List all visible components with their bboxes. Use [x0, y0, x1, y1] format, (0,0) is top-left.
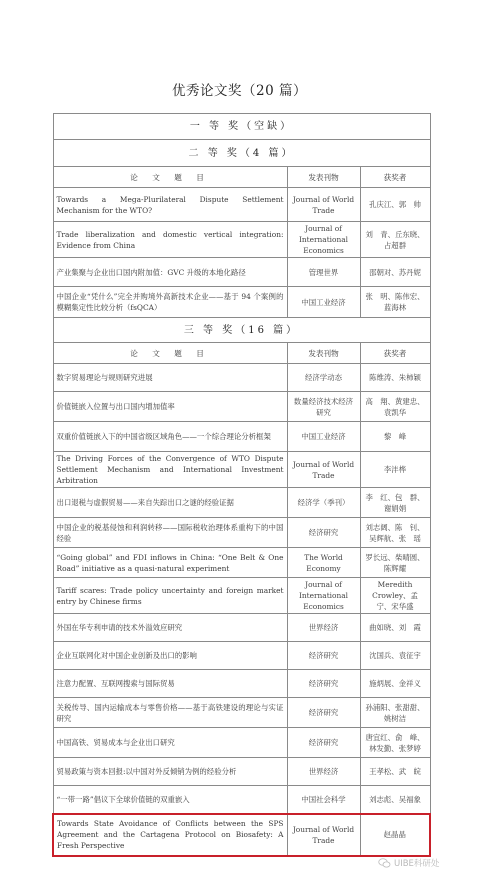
- winner: 李 红、包 群、谢娟娟: [360, 488, 430, 518]
- awards-table: 一 等 奖（空缺） 二 等 奖（4 篇） 论 文 题 目 发表刊物 获奖者 To…: [52, 113, 431, 857]
- journal: Journal of International Economics: [287, 222, 360, 258]
- paper-title: 中国高铁、贸易成本与企业出口研究: [53, 728, 287, 758]
- journal: 数量经济技术经济研究: [287, 392, 360, 422]
- winner: 高 翔、黄建忠、袁凯华: [360, 392, 430, 422]
- wechat-icon: [378, 858, 391, 868]
- journal: 管理世界: [287, 258, 360, 287]
- winner: 施炳展、金祥义: [360, 670, 430, 698]
- journal: 中国工业经济: [287, 422, 360, 452]
- winner: 罗长远、柴晴圆、陈辉耀: [360, 548, 430, 578]
- column-header-journal: 发表刊物: [287, 167, 360, 188]
- paper-title: 中国企业的税基侵蚀和利润转移——国际税收治理体系重构下的中国经验: [53, 518, 287, 548]
- winner: 刘志阔、陈 钊、吴辉航、张 瑶: [360, 518, 430, 548]
- page-title: 优秀论文奖（20 篇）: [0, 79, 479, 99]
- column-header-journal: 发表刊物: [287, 343, 360, 364]
- watermark: UIBE科研处: [378, 857, 439, 869]
- second-prize-row: 二 等 奖（4 篇）: [53, 140, 430, 167]
- paper-title: 外国在华专利申请的技术外溢效应研究: [53, 614, 287, 642]
- winner: 黎 峰: [360, 422, 430, 452]
- paper-title: “一带一路”倡议下全球价值链的双重嵌入: [53, 786, 287, 814]
- second-prize-header: 论 文 题 目 发表刊物 获奖者: [53, 167, 430, 188]
- journal: 世界经济: [287, 614, 360, 642]
- table-row: 中国高铁、贸易成本与企业出口研究经济研究唐宜红、俞 峰、林发勤、张梦婷: [53, 728, 430, 758]
- table-row: 外国在华专利申请的技术外溢效应研究世界经济曲如晓、刘 霞: [53, 614, 430, 642]
- paper-title: “Going global” and FDI inflows in China:…: [53, 548, 287, 578]
- third-prize-header: 论 文 题 目 发表刊物 获奖者: [53, 343, 430, 364]
- table-row: 企业互联网化对中国企业创新及出口的影响经济研究沈国兵、袁征宇: [53, 642, 430, 670]
- column-header-winner: 获奖者: [360, 167, 430, 188]
- winner: 刘 青、丘东晓、占超群: [360, 222, 430, 258]
- paper-title: 企业互联网化对中国企业创新及出口的影响: [53, 642, 287, 670]
- paper-title: 价值链嵌入位置与出口国内增加值率: [53, 392, 287, 422]
- paper-title: Towards a Mega-Plurilateral Dispute Sett…: [53, 188, 287, 222]
- table-row: The Driving Forces of the Convergence of…: [53, 452, 430, 488]
- table-row: “一带一路”倡议下全球价值链的双重嵌入中国社会科学刘志彪、吴福象: [53, 786, 430, 814]
- paper-title: 数字贸易理论与规则研究进展: [53, 364, 287, 392]
- table-row: 数字贸易理论与规则研究进展经济学动态陈维涛、朱柿颖: [53, 364, 430, 392]
- winner: 赵晶晶: [360, 814, 430, 856]
- paper-title: 双重价值链嵌入下的中国省级区域角色——一个综合理论分析框架: [53, 422, 287, 452]
- table-row: 双重价值链嵌入下的中国省级区域角色——一个综合理论分析框架中国工业经济黎 峰: [53, 422, 430, 452]
- winner: 曲如晓、刘 霞: [360, 614, 430, 642]
- journal: 世界经济: [287, 758, 360, 786]
- paper-title: 出口退税与虚假贸易——来自失踪出口之谜的经验证据: [53, 488, 287, 518]
- second-prize-label: 二 等 奖（4 篇）: [53, 140, 430, 167]
- winner: 李沣桦: [360, 452, 430, 488]
- table-row: 产业集聚与企业出口国内附加值：GVC 升级的本地化路径 管理世界 邵朝对、苏丹妮: [53, 258, 430, 287]
- journal: 经济学动态: [287, 364, 360, 392]
- winner: 刘志彪、吴福象: [360, 786, 430, 814]
- journal: Journal of World Trade: [287, 452, 360, 488]
- table-row: 关税传导、国内运输成本与零售价格——基于高铁建设的理论与实证研究经济研究孙浦阳、…: [53, 698, 430, 728]
- winner: 孔庆江、郭 帅: [360, 188, 430, 222]
- column-header-winner: 获奖者: [360, 343, 430, 364]
- third-prize-row: 三 等 奖（16 篇）: [53, 318, 430, 343]
- winner: 张 明、陈伟宏、蓝海林: [360, 287, 430, 318]
- journal: Journal of International Economics: [287, 578, 360, 614]
- winner: 陈维涛、朱柿颖: [360, 364, 430, 392]
- winner: 王孝松、武 皖: [360, 758, 430, 786]
- journal: 中国工业经济: [287, 287, 360, 318]
- watermark-text: UIBE科研处: [394, 857, 439, 869]
- journal: 经济研究: [287, 670, 360, 698]
- column-header-title: 论 文 题 目: [53, 343, 287, 364]
- journal: Journal of World Trade: [287, 188, 360, 222]
- table-row: 出口退税与虚假贸易——来自失踪出口之谜的经验证据经济学（季刊）李 红、包 群、谢…: [53, 488, 430, 518]
- paper-title: Tariff scares: Trade policy uncertainty …: [53, 578, 287, 614]
- third-prize-label: 三 等 奖（16 篇）: [53, 318, 430, 343]
- column-header-title: 论 文 题 目: [53, 167, 287, 188]
- winner: 孙浦阳、张甜甜、姚树洁: [360, 698, 430, 728]
- first-prize-label: 一 等 奖（空缺）: [53, 114, 430, 140]
- winner: Meredith Crowley、孟 宁、宋华盛: [360, 578, 430, 614]
- paper-title: 贸易政策与资本回报:以中国对外反倾销为例的经验分析: [53, 758, 287, 786]
- paper-title: The Driving Forces of the Convergence of…: [53, 452, 287, 488]
- table-row: 注意力配置、互联网搜索与国际贸易经济研究施炳展、金祥义: [53, 670, 430, 698]
- journal: 中国社会科学: [287, 786, 360, 814]
- table-row: Trade liberalization and domestic vertic…: [53, 222, 430, 258]
- winner: 沈国兵、袁征宇: [360, 642, 430, 670]
- paper-title: 注意力配置、互联网搜索与国际贸易: [53, 670, 287, 698]
- winner: 唐宜红、俞 峰、林发勤、张梦婷: [360, 728, 430, 758]
- paper-title: 中国企业“凭什么”完全并购境外高新技术企业——基于 94 个案例的模糊集定性比较…: [53, 287, 287, 318]
- table-row: Tariff scares: Trade policy uncertainty …: [53, 578, 430, 614]
- first-prize-row: 一 等 奖（空缺）: [53, 114, 430, 140]
- journal: 经济研究: [287, 642, 360, 670]
- paper-title: Trade liberalization and domestic vertic…: [53, 222, 287, 258]
- journal: 经济研究: [287, 698, 360, 728]
- table-row: 中国企业的税基侵蚀和利润转移——国际税收治理体系重构下的中国经验经济研究刘志阔、…: [53, 518, 430, 548]
- paper-title: 产业集聚与企业出口国内附加值：GVC 升级的本地化路径: [53, 258, 287, 287]
- journal: Journal of World Trade: [287, 814, 360, 856]
- table-row: 贸易政策与资本回报:以中国对外反倾销为例的经验分析世界经济王孝松、武 皖: [53, 758, 430, 786]
- journal: The World Economy: [287, 548, 360, 578]
- table-row: 价值链嵌入位置与出口国内增加值率数量经济技术经济研究高 翔、黄建忠、袁凯华: [53, 392, 430, 422]
- journal: 经济研究: [287, 518, 360, 548]
- table-row: Towards a Mega-Plurilateral Dispute Sett…: [53, 188, 430, 222]
- table-row: 中国企业“凭什么”完全并购境外高新技术企业——基于 94 个案例的模糊集定性比较…: [53, 287, 430, 318]
- paper-title: 关税传导、国内运输成本与零售价格——基于高铁建设的理论与实证研究: [53, 698, 287, 728]
- highlighted-table-row: Towards State Avoidance of Conflicts bet…: [53, 814, 430, 856]
- journal: 经济学（季刊）: [287, 488, 360, 518]
- journal: 经济研究: [287, 728, 360, 758]
- winner: 邵朝对、苏丹妮: [360, 258, 430, 287]
- paper-title: Towards State Avoidance of Conflicts bet…: [53, 814, 287, 856]
- table-row: “Going global” and FDI inflows in China:…: [53, 548, 430, 578]
